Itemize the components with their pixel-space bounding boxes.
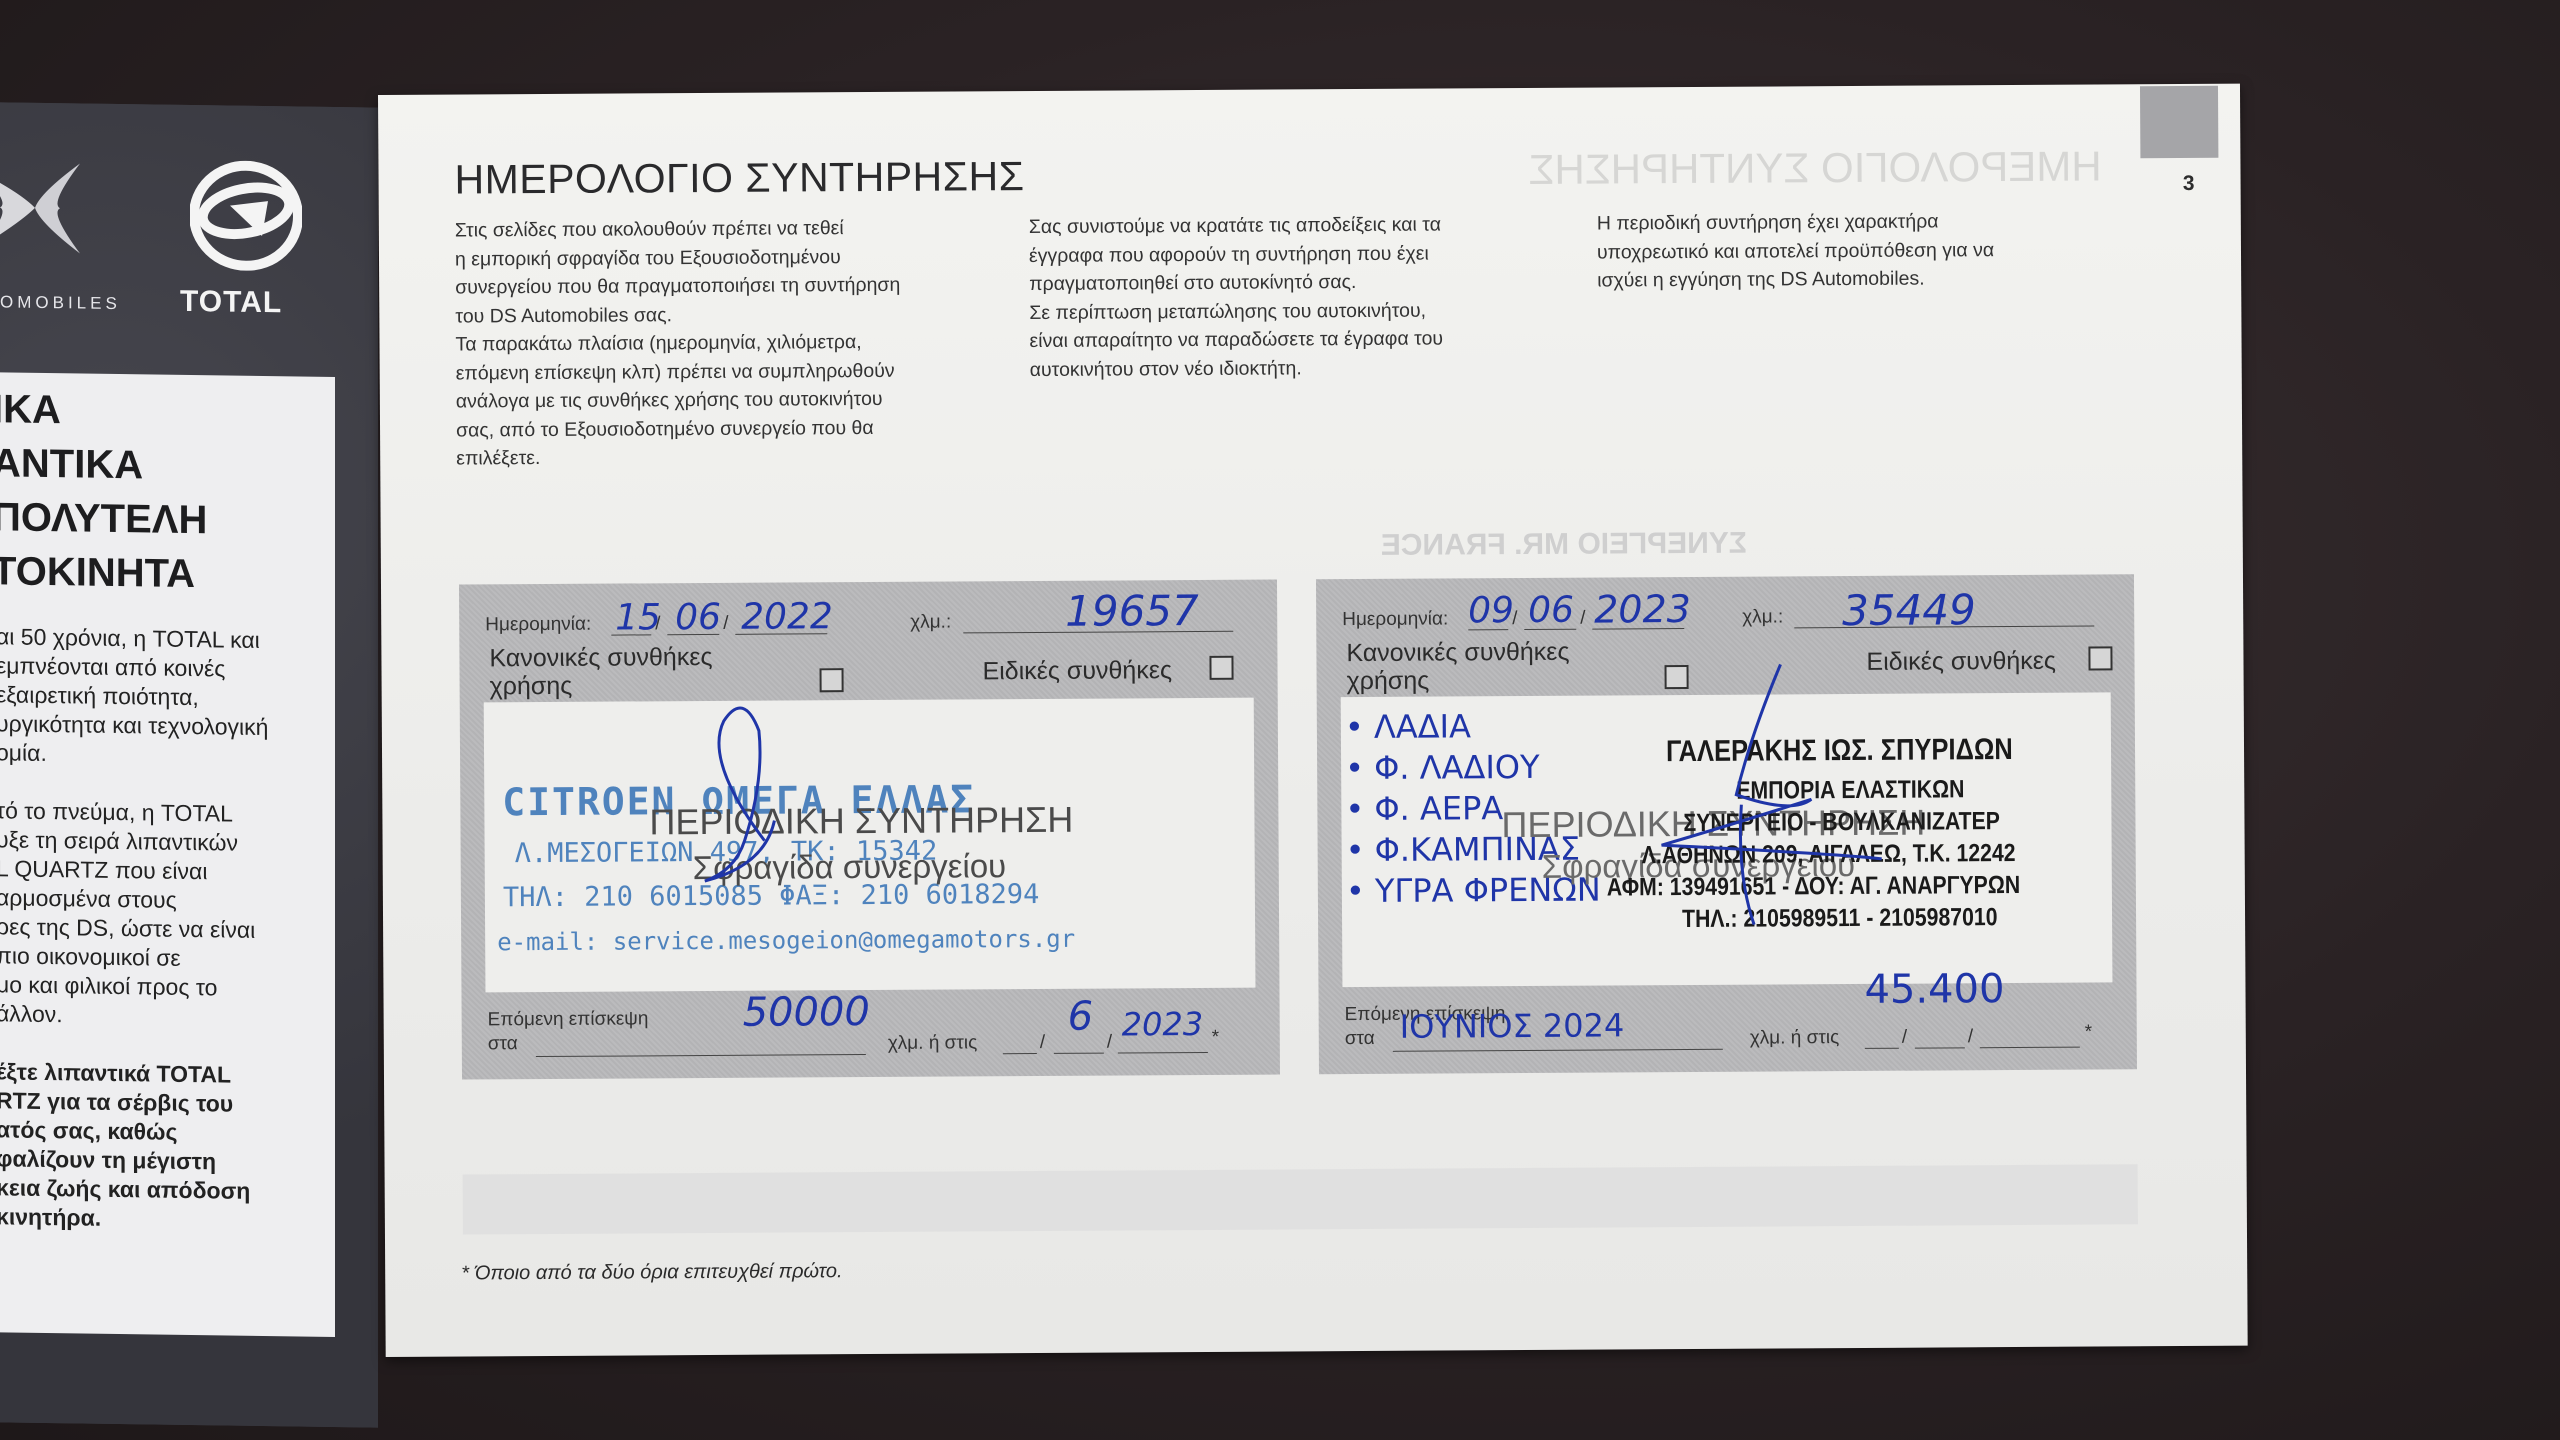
total-logo-icon	[190, 160, 302, 272]
workshop-stamp-area: • ΛΑΔΙΑ • Φ. ΛΑΔΙΟΥ • Φ. ΑΕΡΑ • Φ.ΚΑΜΠΙΝ…	[1341, 692, 2113, 987]
ghost-mirrored-stamp: ΣΥΝΕΡΓΕΙΟ MR. FRANCE	[1381, 527, 1747, 563]
page-title: ΗΜΕΡΟΛΟΓΙΟ ΣΥΝΤΗΡΗΣΗΣ	[454, 153, 1024, 203]
left-body-text: αι 50 χρόνια, η TOTAL και εμπνέονται από…	[0, 622, 335, 1236]
date-month-value[interactable]: 06	[1528, 590, 1574, 631]
special-conditions-checkbox[interactable]	[2088, 646, 2112, 670]
maintenance-entry-2: Ημερομηνία: / / χλμ.: 09 06 2023 35449 Κ…	[1316, 574, 2137, 1074]
signature-icon	[1640, 654, 1902, 976]
page-number: 3	[2183, 172, 2195, 196]
intro-column-1: Στις σελίδες που ακολουθούν πρέπει να τε…	[455, 214, 902, 473]
km-value[interactable]: 19657	[1065, 586, 1199, 636]
ghost-mirrored-title: ΗΜΕΡΟΛΟΓΙΟ ΣΥΝΤΗΡΗΣΗΣ	[1528, 142, 2101, 194]
left-paragraph-1: αι 50 χρόνια, η TOTAL και εμπνέονται από…	[0, 622, 335, 772]
ghost-bleedthrough-box	[463, 1164, 2138, 1234]
date-year-value[interactable]: 2023	[1594, 587, 1691, 632]
next-visit-km-note[interactable]: 45.400	[1864, 977, 2004, 1002]
signature-icon	[684, 700, 885, 911]
service-item: • Φ. ΛΑΔΙΟΥ	[1345, 747, 1600, 790]
normal-conditions-label: Κανονικές συνθήκες χρήσης	[1346, 638, 1569, 695]
total-wordmark: TOTAL	[180, 285, 282, 320]
service-item: • ΛΑΔΙΑ	[1345, 706, 1600, 749]
next-visit-km-value[interactable]: 50000	[743, 1000, 870, 1025]
ds-automobiles-wordmark: OMOBILES	[0, 292, 121, 314]
date-day-value[interactable]: 15	[615, 597, 661, 638]
km-value[interactable]: 35449	[1842, 585, 1976, 635]
normal-conditions-label: Κανονικές συνθήκες χρήσης	[489, 643, 712, 700]
left-heading: ΙΚΑ ΑΝΤΙΚΑ ΠΟΛΥΤΕΛΗ ΤΟΚΙΝΗΤΑ	[0, 382, 335, 603]
special-conditions-label: Ειδικές συνθήκες	[982, 656, 1172, 685]
entry-date-row: Ημερομηνία: / / χλμ.: 15 06 2022 19657	[485, 598, 1251, 643]
intro-column-2: Σας συνιστούμε να κρατάτε τις αποδείξεις…	[1029, 211, 1444, 385]
maintenance-entry-1: Ημερομηνία: / / χλμ.: 15 06 2022 19657 Κ…	[459, 580, 1280, 1080]
left-paragraph-2: τό το πνεύμα, η TOTAL υξε τη σειρά λιπαν…	[0, 796, 335, 1033]
ds-logo-icon	[0, 152, 80, 263]
stamp-line: e-mail: service.mesogeion@omegamotors.gr	[497, 925, 1075, 957]
corner-tab	[2140, 86, 2218, 158]
workshop-stamp-area: CITROEN ΩΜΕΓΑ ΕΛΛΑΣ Λ.ΜΕΣΟΓΕΙΩΝ 497, ΤΚ:…	[484, 698, 1256, 993]
left-paragraph-3: έξτε λιπαντικά TOTAL RTZ για τα σέρβις τ…	[0, 1057, 335, 1236]
date-month-value[interactable]: 06	[675, 597, 721, 638]
next-visit-label: Επόμενη επίσκεψη στα	[488, 1007, 649, 1056]
left-page-cover: OMOBILES TOTAL ΙΚΑ ΑΝΤΙΚΑ ΠΟΛΥΤΕΛΗ ΤΟΚΙΝ…	[0, 102, 378, 1427]
normal-conditions-checkbox[interactable]	[820, 668, 844, 692]
left-info-panel: ΙΚΑ ΑΝΤΙΚΑ ΠΟΛΥΤΕΛΗ ΤΟΚΙΝΗΤΑ αι 50 χρόνι…	[0, 372, 335, 1337]
intro-column-3: Η περιοδική συντήρηση έχει χαρακτήρα υπο…	[1597, 207, 1995, 295]
next-visit-year-value[interactable]: 2023	[1122, 1012, 1204, 1036]
next-visit-km-value[interactable]: ΙΟΥΝΙΟΣ 2024	[1400, 1013, 1625, 1038]
footnote: * Όποιο από τα δύο όρια επιτευχθεί πρώτο…	[461, 1260, 842, 1285]
right-page-logbook: 3 ΗΜΕΡΟΛΟΓΙΟ ΣΥΝΤΗΡΗΣΗΣ ΗΜΕΡΟΛΟΓΙΟ ΣΥΝΤΗ…	[378, 84, 2248, 1357]
next-visit-row: Επόμενη επίσκεψη στα ΙΟΥΝΙΟΣ 2024 χλμ. ή…	[1345, 992, 2111, 1067]
special-conditions-checkbox[interactable]	[1209, 656, 1233, 680]
date-day-value[interactable]: 09	[1468, 590, 1514, 631]
conditions-row: Κανονικές συνθήκες χρήσης Ειδικές συνθήκ…	[489, 640, 1251, 705]
next-visit-row: Επόμενη επίσκεψη στα 50000 χλμ. ή στις /…	[488, 998, 1254, 1073]
entry-date-row: Ημερομηνία: / / χλμ.: 09 06 2023 35449	[1342, 592, 2108, 637]
next-visit-month-value[interactable]: 6	[1068, 1005, 1094, 1029]
date-year-value[interactable]: 2022	[741, 596, 833, 638]
